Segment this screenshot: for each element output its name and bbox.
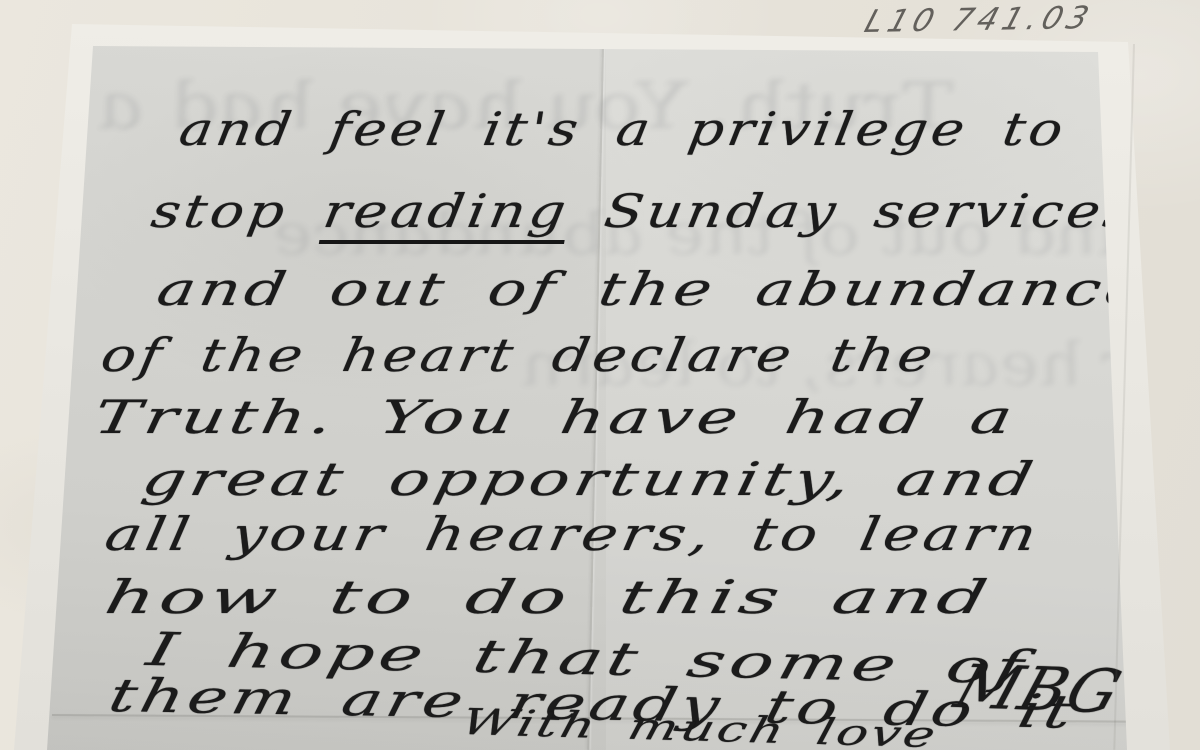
letter-page: Truth. You have had a and out of the abu… <box>0 0 1200 750</box>
letter-line-6: great opportunity, and <box>138 452 1042 506</box>
underlined-word-reading: reading <box>319 184 574 244</box>
letter-line-5: Truth. You have had a <box>90 390 1021 444</box>
letter-photograph: Truth. You have had a and out of the abu… <box>0 0 1200 750</box>
line-2-start: stop <box>148 184 328 238</box>
catalog-number: L10 741.03 <box>860 0 1097 40</box>
line-2-end: Sunday services <box>565 184 1141 238</box>
letter-line-2: stop reading Sunday services <box>148 184 1141 238</box>
letter-line-1: and feel it's a privilege to <box>176 102 1071 156</box>
letter-line-4: of the heart declare the <box>97 328 940 382</box>
letter-line-8: how to do this and <box>101 570 997 624</box>
letter-line-7: all your hearers, to learn <box>101 507 1044 561</box>
letter-line-3: and out of the abundance <box>153 262 1151 316</box>
